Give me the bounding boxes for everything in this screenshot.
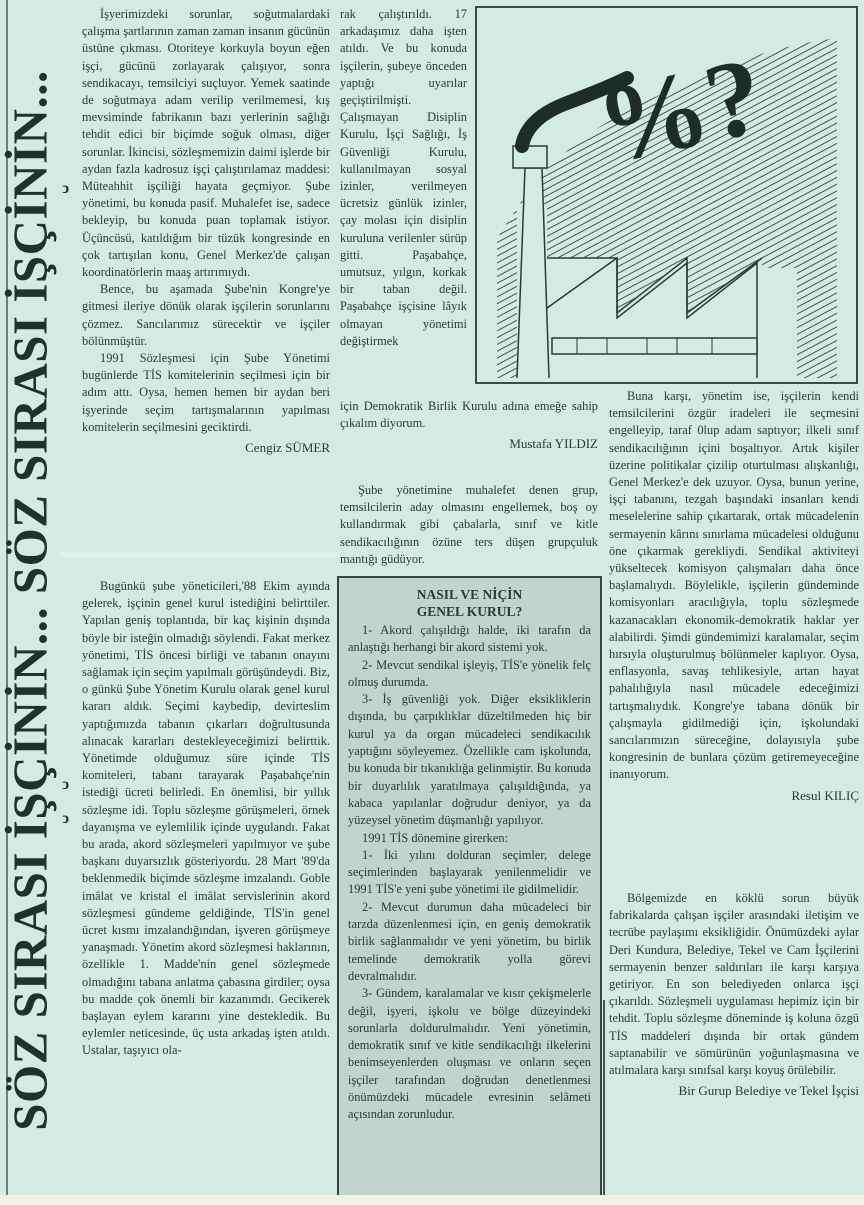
article-muhalefet: Şube yönetimine muhalefet denen grup, te… [340,482,598,568]
vertical-headline: SÖZ SIRASI İŞÇİNİN... SÖZ SIRASI İŞÇİNİN… [4,0,56,1200]
article-paragraph: Buna karşı, yönetim ise, işçilerin kendi… [609,388,859,784]
article-mustafa-yildiz: rak çalıştırıldı. 17 arkadaşımız daha iş… [340,6,467,350]
sidebox-nasil-ve-nicin: NASIL VE NİÇİN GENEL KURUL? 1- Akord çal… [337,576,602,1197]
sidebox-item: 3- İş güvenliği yok. Diğer eksikliklerin… [348,691,591,829]
sidebox-subheading: 1991 TİS dönemine girerken: [348,830,591,847]
article-paragraph: İşyerimizdeki sorunlar, soğutmalardaki ç… [82,6,330,281]
article-paragraph: için Demokratik Birlik Kurulu adına emeğ… [340,398,598,432]
column-rule [603,1000,605,1195]
article-mustafa-yildiz-end: için Demokratik Birlik Kurulu adına emeğ… [340,398,598,453]
article-paragraph: Şube yönetimine muhalefet denen grup, te… [340,482,598,568]
article-paragraph: Bugünkü şube yöneticileri,'88 Ekim ayınd… [82,578,330,1060]
margin-mark: ↄ [62,180,69,198]
section-divider [60,552,340,558]
article-paragraph: 1991 Sözleşmesi için Şube Yönetimi bugün… [82,350,330,436]
article-bugunku-sube: Bugünkü şube yöneticileri,'88 Ekim ayınd… [82,578,330,1060]
sidebox-item: 1- İki yılını dolduran seçimler, delege … [348,847,591,899]
headline-text: SÖZ SIRASI İŞÇİNİN... SÖZ SIRASI İŞÇİNİN… [2,70,59,1130]
margin-mark: ↄ [62,776,69,794]
article-paragraph: Bence, bu aşamada Şube'nin Kongre'ye git… [82,281,330,350]
article-signature: Bir Gurup Belediye ve Tekel İşçisi [609,1082,859,1099]
article-belediye-tekel: Bölgemizde en köklü sorun büyük fabrikal… [609,890,859,1099]
article-signature: Mustafa YILDIZ [340,435,598,452]
sidebox-item: 2- Mevcut sendikal işleyiş, TİS'e yöneli… [348,657,591,692]
article-paragraph: rak çalıştırıldı. 17 arkadaşımız daha iş… [340,6,467,350]
article-signature: Cengiz SÜMER [82,439,330,456]
article-cengiz-sumer: İşyerimizdeki sorunlar, soğutmalardaki ç… [82,6,330,456]
page-edge [0,1195,864,1205]
sidebox-title: NASIL VE NİÇİN GENEL KURUL? [348,586,591,620]
factory-smoke-icon: %? [477,8,856,382]
sidebox-item: 1- Akord çalışıldığı halde, iki tarafın … [348,622,591,657]
article-resul-kilic: Buna karşı, yönetim ise, işçilerin kendi… [609,388,859,804]
margin-mark: ↄ [62,810,69,828]
sidebox-item: 3- Gündem, karalamalar ve kısır çekişmel… [348,985,591,1123]
factory-illustration: %? [475,6,858,384]
sidebox-title-line1: NASIL VE NİÇİN [417,587,523,602]
newspaper-page: SÖZ SIRASI İŞÇİNİN... SÖZ SIRASI İŞÇİNİN… [0,0,864,1205]
sidebox-title-line2: GENEL KURUL? [417,604,522,619]
article-signature: Resul KILIÇ [609,787,859,804]
article-paragraph: Bölgemizde en köklü sorun büyük fabrikal… [609,890,859,1079]
sidebox-item: 2- Mevcut durumun daha mücadeleci bir ta… [348,899,591,985]
